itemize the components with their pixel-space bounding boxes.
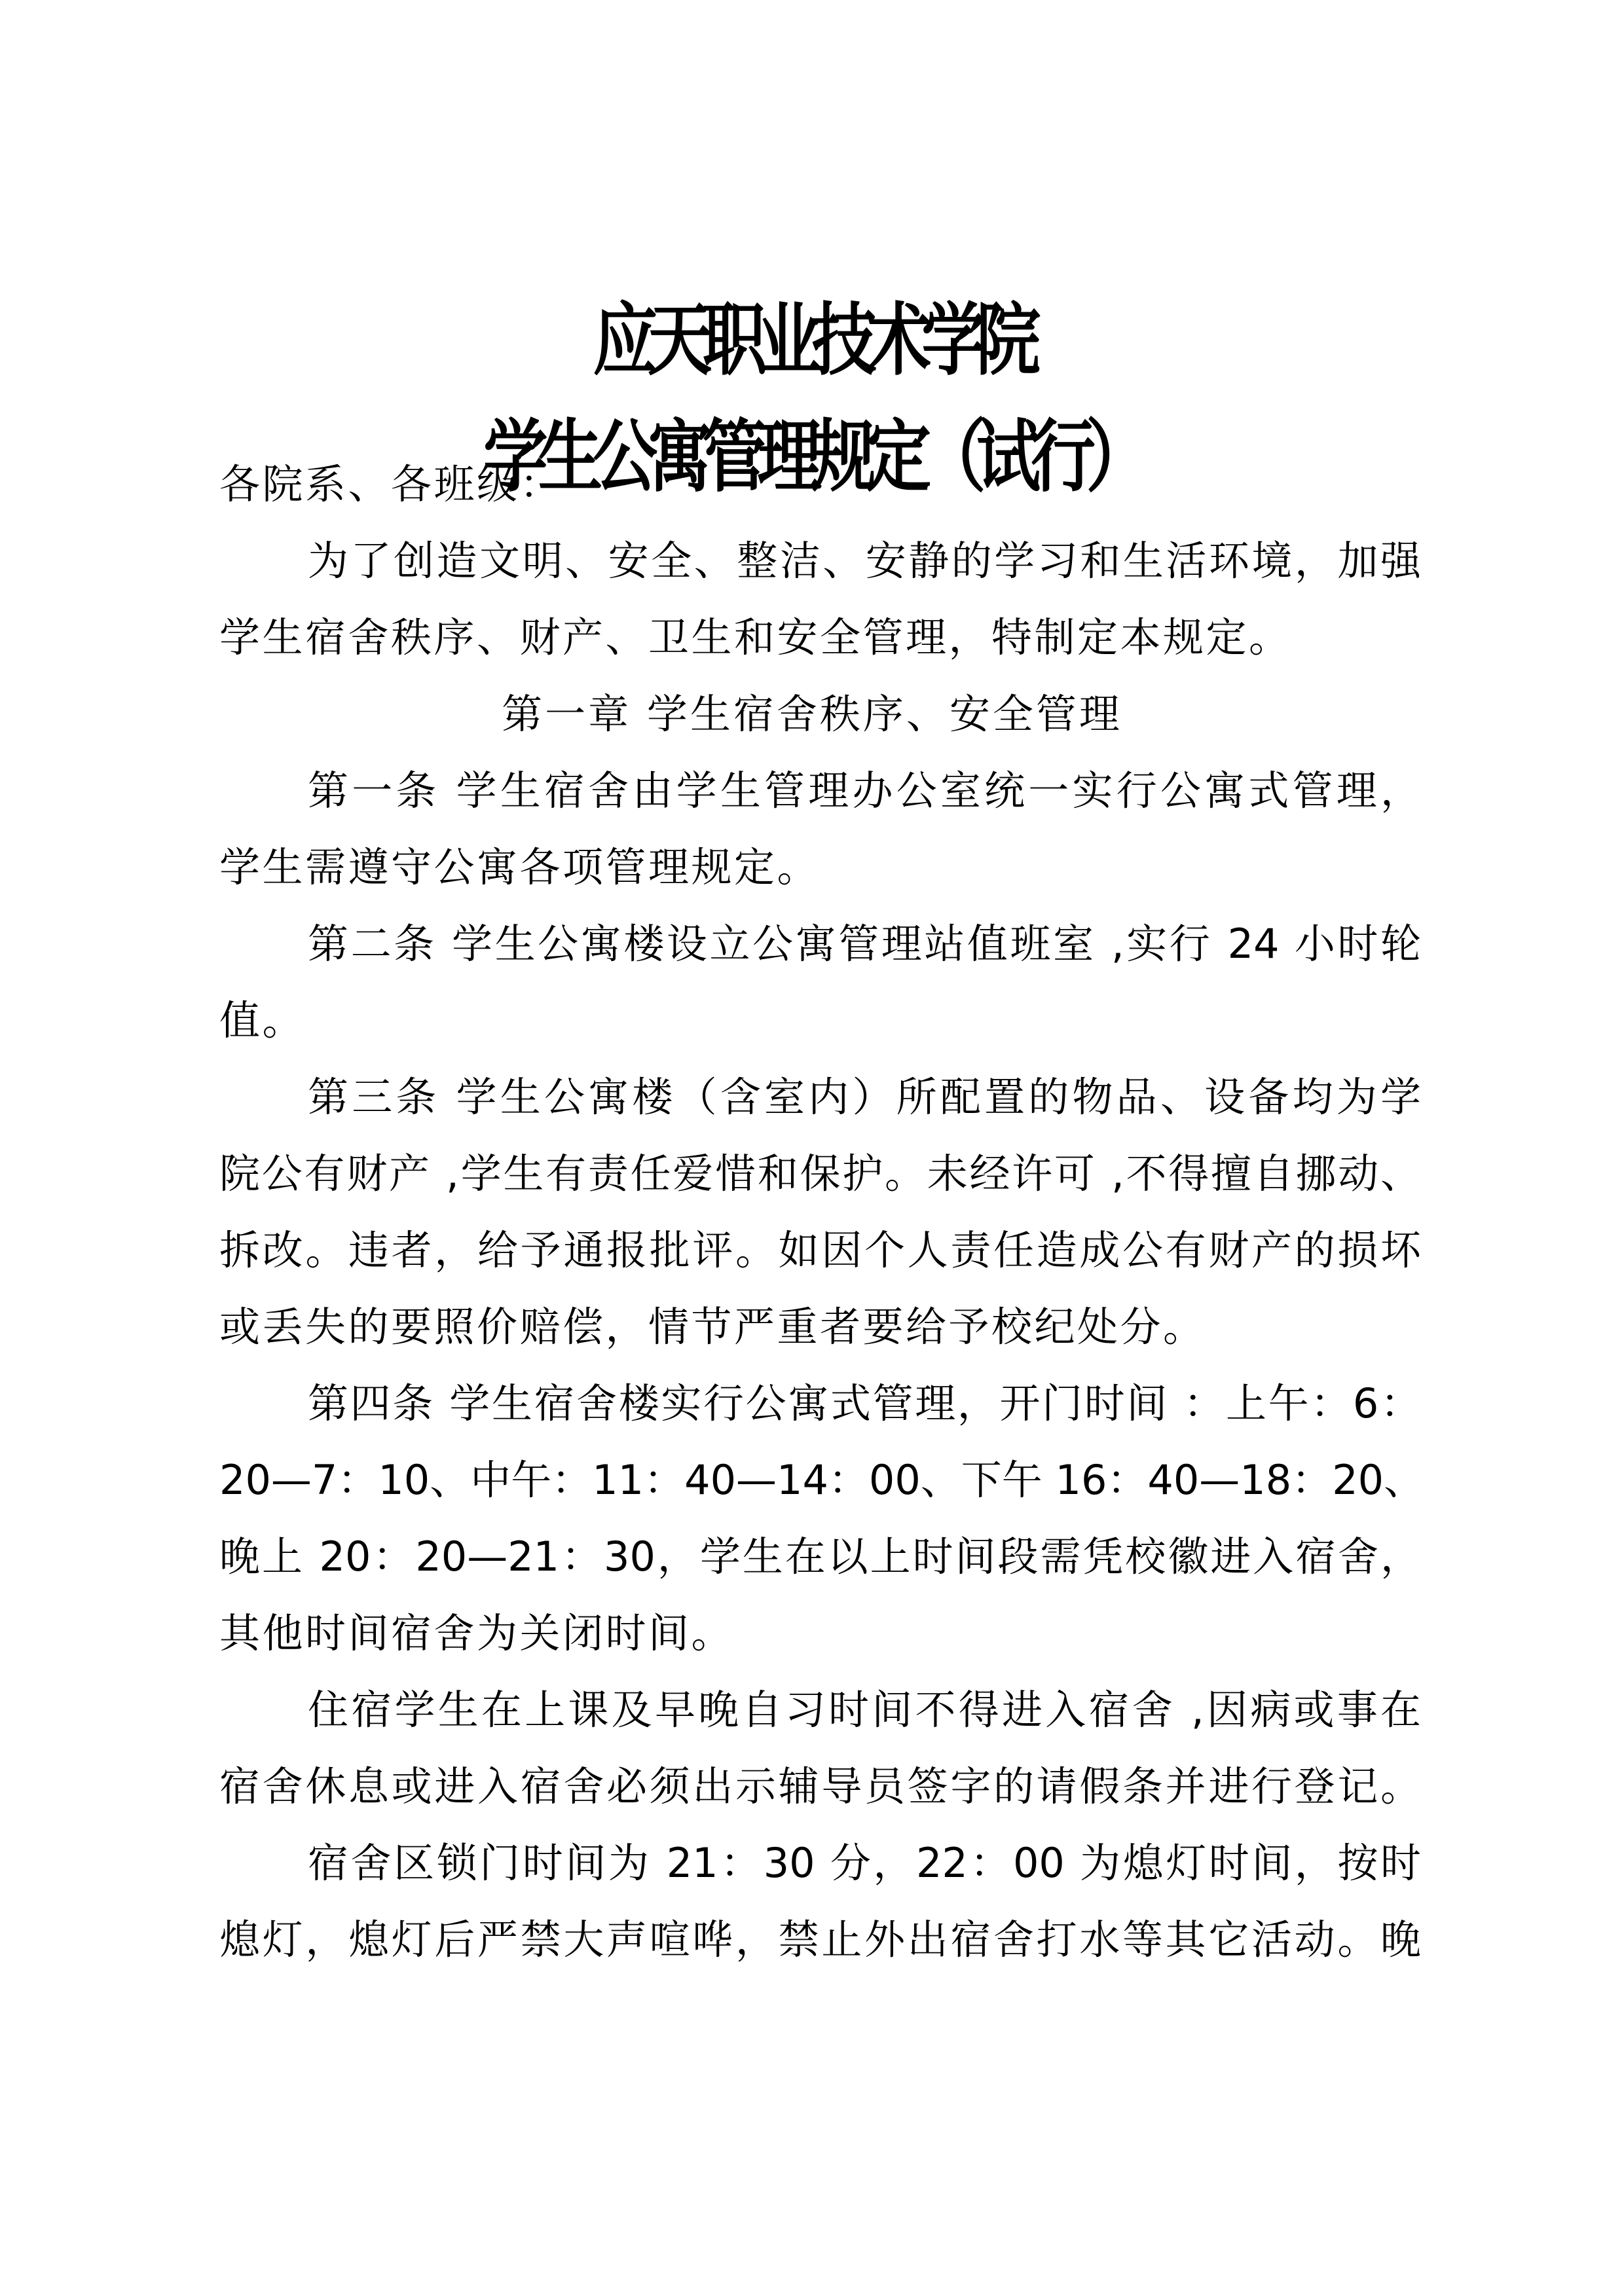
paragraph-line: 为了创造文明、安全、整洁、安静的学习和生活环境，加强 — [308, 535, 1421, 587]
article-line: 20—7：10、中午：11：40—14：00、下午 16：40—18：20、 — [219, 1454, 1421, 1506]
article-line: 院公有财产 ,学生有责任爱惜和保护。未经许可 ,不得擅自挪动、 — [219, 1148, 1421, 1200]
article-line: 学生需遵守公寓各项管理规定。 — [219, 841, 1421, 894]
article-line: 其他时间宿舍为关闭时间。 — [219, 1607, 1421, 1660]
article-line: 值。 — [219, 994, 1421, 1047]
chapter-heading: 第一章 学生宿舍秩序、安全管理 — [0, 688, 1624, 740]
paragraph-line: 学生宿舍秩序、财产、卫生和安全管理，特制定本规定。 — [219, 611, 1421, 664]
document-title-institution: 应天职业技术学院 — [146, 295, 1478, 386]
paragraph-line: 住宿学生在上课及早晚自习时间不得进入宿舍 ,因病或事在 — [308, 1684, 1421, 1736]
article-line: 第二条 学生公寓楼设立公寓管理站值班室 ,实行 24 小时轮 — [308, 918, 1421, 970]
document-page: 应天职业技术学院 学生公寓管理规定（试行） 各院系、各班级： 为了创造文明、安全… — [0, 0, 1624, 2296]
paragraph-line: 熄灯，熄灯后严禁大声喧哗，禁止外出宿舍打水等其它活动。晚 — [219, 1914, 1421, 1966]
paragraph-line: 宿舍区锁门时间为 21：30 分，22：00 为熄灯时间，按时 — [308, 1837, 1421, 1889]
article-line: 或丢失的要照价赔偿，情节严重者要给予校纪处分。 — [219, 1301, 1421, 1353]
salutation: 各院系、各班级： — [219, 458, 1421, 511]
article-line: 第三条 学生公寓楼（含室内）所配置的物品、设备均为学 — [308, 1071, 1421, 1123]
article-line: 第一条 学生宿舍由学生管理办公室统一实行公寓式管理， — [308, 765, 1421, 817]
article-line: 晚上 20：20—21：30，学生在以上时间段需凭校徽进入宿舍， — [219, 1531, 1421, 1583]
paragraph-line: 宿舍休息或进入宿舍必须出示辅导员签字的请假条并进行登记。 — [219, 1760, 1421, 1813]
article-line: 第四条 学生宿舍楼实行公寓式管理，开门时间 ：上午：6： — [308, 1377, 1421, 1430]
article-line: 拆改。违者，给予通报批评。如因个人责任造成公有财产的损坏 — [219, 1224, 1421, 1277]
